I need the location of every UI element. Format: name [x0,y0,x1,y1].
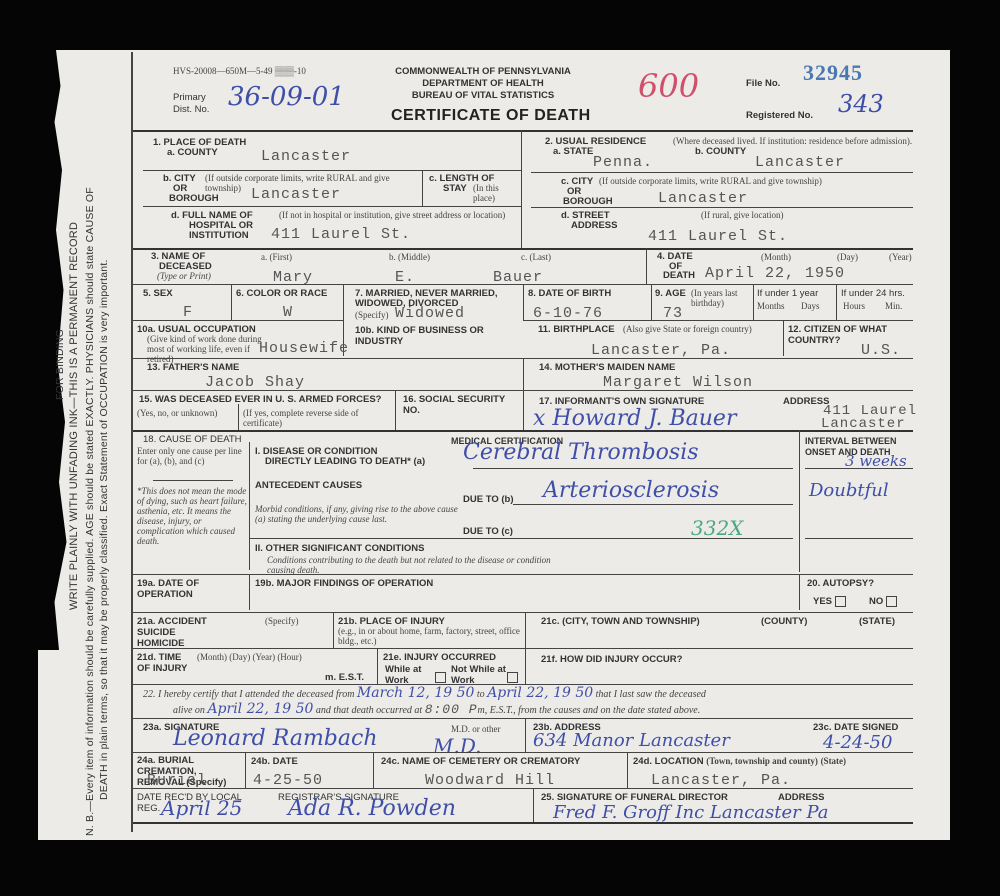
death-city-value: Lancaster [251,186,341,203]
armed-forces-label: 15. WAS DECEASED EVER IN U. S. ARMED FOR… [139,394,381,405]
birthplace-label: 11. BIRTHPLACE [538,324,615,335]
autopsy-no-checkbox[interactable] [886,596,897,607]
residence-state-value: Penna. [593,154,653,171]
physician-signature: Leonard Rambach [173,726,378,751]
cause-left-note: Enter only one cause per line for (a), (… [137,446,245,466]
margin-instruction-ink: WRITE PLAINLY WITH UNFADING INK—THIS IS … [68,222,80,610]
residence-street-value: 411 Laurel St. [648,228,788,245]
interval-b-value: Doubtful [809,480,889,501]
registered-label: Registered No. [746,110,813,121]
form-code: HVS-20008—650M—5-49 ▒▒▒-10 [173,66,306,76]
injury-occurred-label: 21e. INJURY OCCURRED [383,652,496,663]
physician-address: 634 Manor Lancaster [533,730,730,751]
certify-line1: 22. I hereby certify that I attended the… [143,688,706,700]
ssn-label: 16. SOCIAL SECURITY NO. [403,394,523,416]
dob-label: 8. DATE OF BIRTH [528,288,611,299]
date-signed-value: 4-24-50 [823,732,892,753]
min-label: Min. [885,301,902,311]
cause-b-value: Arteriosclerosis [543,478,719,503]
stay-note: (In this place) [473,183,519,203]
marital-specify: (Specify) [355,310,389,320]
injury-specify: (Specify) [265,616,299,626]
while-at-work[interactable]: While at Work [385,664,435,686]
mother-value: Margaret Wilson [603,374,753,391]
state-label: a. STATE [553,146,593,157]
cemetery-value: Woodward Hill [425,772,555,789]
day-label: (Day) [837,252,858,262]
due-to-c-label: DUE TO (c) [463,526,513,537]
location-value: Lancaster, Pa. [651,772,791,789]
autopsy-label: 20. AUTOPSY? [807,578,874,589]
cause-of-death-label: 18. CAUSE OF DEATH [143,434,242,445]
agency-bureau: BUREAU OF VITAL STATISTICS [363,90,603,102]
middle-label: b. (Middle) [389,252,430,262]
antecedent-label: ANTECEDENT CAUSES [255,480,362,491]
burial-type-value: Burial [147,772,207,789]
part1-label2: DIRECTLY LEADING TO DEATH* (a) [265,456,425,467]
months-label: Months [757,301,785,311]
margin-instruction-death: DEATH in plain terms, so that it may be … [98,259,110,800]
injury-city-label: 21c. (CITY, TOWN AND TOWNSHIP) [541,616,700,627]
binding-label: FOR BINDING [54,329,66,400]
file-number: 32945 [803,60,863,86]
injury-county-label: (COUNTY) [761,616,807,627]
certify-line2: alive on April 22, 19 50 and that death … [173,704,700,716]
race-label: 6. COLOR OR RACE [236,288,327,299]
autopsy-yes[interactable]: YES [813,596,846,607]
hours-label: Hours [843,301,865,311]
autopsy-no[interactable]: NO [869,596,897,607]
not-while-at-work-checkbox[interactable] [507,672,518,683]
operation-date-label: 19a. DATE OF OPERATION [137,578,247,600]
residence-borough-label: BOROUGH [563,196,613,207]
autopsy-yes-checkbox[interactable] [835,596,846,607]
dist-number: 36-09-01 [228,82,345,112]
residence-note: (Where deceased lived. If institution: r… [673,136,913,146]
age-note: (In years last birthday) [691,288,751,308]
hospital-value: 411 Laurel St. [271,226,411,243]
due-to-b-label: DUE TO (b) [463,494,514,505]
margin-instruction-nb: N. B.—Every item of information should b… [84,187,96,836]
agency-commonwealth: COMMONWEALTH OF PENNSYLVANIA [363,66,603,78]
borough-label: BOROUGH [169,193,219,204]
primary-label: Primary [173,92,206,103]
type-print-label: (Type or Print) [157,271,211,281]
certificate-form: HVS-20008—650M—5-49 ▒▒▒-10 Primary Dist.… [131,52,945,832]
injury-time-cols: (Month) (Day) (Year) (Hour) [197,652,302,662]
sex-label: 5. SEX [143,288,173,299]
armed-note2: (If yes, complete reverse side of certif… [243,408,393,428]
address-label: ADDRESS [571,220,617,231]
death-label: DEATH [663,270,695,281]
days-label: Days [801,301,820,311]
part2-label: II. OTHER SIGNIFICANT CONDITIONS [255,543,424,554]
md-value: M.D. [433,734,482,758]
injury-type-label: 21a. ACCIDENT SUICIDE HOMICIDE [137,616,217,649]
date-received-value: April 25 [161,796,242,820]
under-24-hrs-label: If under 24 hrs. [841,288,905,299]
not-while-at-work[interactable]: Not While at Work [451,664,506,686]
sex-value: F [183,304,193,321]
birthplace-note: (Also give State or foreign country) [623,324,783,334]
last-label: c. (Last) [521,252,551,262]
injury-place-note: (e.g., in or about home, farm, factory, … [338,626,523,646]
business-label: 10b. KIND OF BUSINESS OR INDUSTRY [355,325,525,347]
marital-value: Widowed [395,305,465,322]
registered-number: 343 [838,90,884,118]
residence-city-note: (If outside corporate limits, write RURA… [599,176,913,186]
first-label: a. (First) [261,252,292,262]
year-label: (Year) [889,252,912,262]
age-label: 9. AGE [655,288,686,299]
cause-code: 332X [691,516,743,540]
stay-label2: STAY [443,183,467,194]
death-county-value: Lancaster [261,148,351,165]
residence-county-label: b. COUNTY [695,146,746,157]
cause-definition-note: *This does not mean the mode of dying, s… [137,486,247,546]
burial-date-value: 4-25-50 [253,772,323,789]
armed-note1: (Yes, no, or unknown) [137,408,217,418]
injury-time-label: 21d. TIME OF INJURY [137,652,197,674]
injury-how-label: 21f. HOW DID INJURY OCCUR? [541,654,682,665]
burial-date-label: 24b. DATE [251,756,298,767]
location-label: 24d. LOCATION (Town, township and county… [633,756,846,767]
operation-findings-label: 19b. MAJOR FINDINGS OF OPERATION [255,578,433,589]
injury-time-suffix: m. E.S.T. [325,672,364,683]
cause-a-value: Cerebral Thrombosis [463,440,699,465]
hospital-note: (If not in hospital or institution, give… [279,210,519,220]
county-label: a. COUNTY [167,147,218,158]
residence-city-value: Lancaster [658,190,748,207]
cemetery-label: 24c. NAME OF CEMETERY OR CREMATORY [381,756,580,767]
street-note: (If rural, give location) [701,210,783,220]
morbid-note: Morbid conditions, if any, giving rise t… [255,504,465,524]
red-mark: 600 [638,67,699,105]
while-at-work-checkbox[interactable] [435,672,446,683]
month-label: (Month) [761,252,791,262]
date-of-death-value: April 22, 1950 [705,265,845,282]
father-label: 13. FATHER'S NAME [147,362,239,373]
occupation-note: (Give kind of work done during most of w… [147,334,263,364]
mother-label: 14. MOTHER'S MAIDEN NAME [539,362,675,373]
funeral-director-signature: Fred F. Groff Inc Lancaster Pa [553,802,829,823]
injury-state-label: (STATE) [859,616,895,627]
part2-note: Conditions contributing to the death but… [267,555,557,575]
occupation-value: Housewife [259,340,349,357]
residence-county-value: Lancaster [755,154,845,171]
md-label: M.D. or other [451,724,501,734]
birthplace-value: Lancaster, Pa. [591,342,731,359]
under-1-year-label: If under 1 year [757,288,818,299]
dist-label: Dist. No. [173,104,209,115]
father-value: Jacob Shay [205,374,305,391]
race-value: W [283,304,293,321]
institution-label: INSTITUTION [189,230,249,241]
agency-block: COMMONWEALTH OF PENNSYLVANIA DEPARTMENT … [363,66,603,102]
informant-signature: x Howard J. Bauer [533,406,736,431]
agency-department: DEPARTMENT OF HEALTH [363,78,603,90]
registrar-signature: Ada R. Powden [288,796,456,821]
page-title: CERTIFICATE OF DEATH [391,107,591,125]
citizen-value: U.S. [861,342,901,359]
file-label: File No. [746,78,780,89]
